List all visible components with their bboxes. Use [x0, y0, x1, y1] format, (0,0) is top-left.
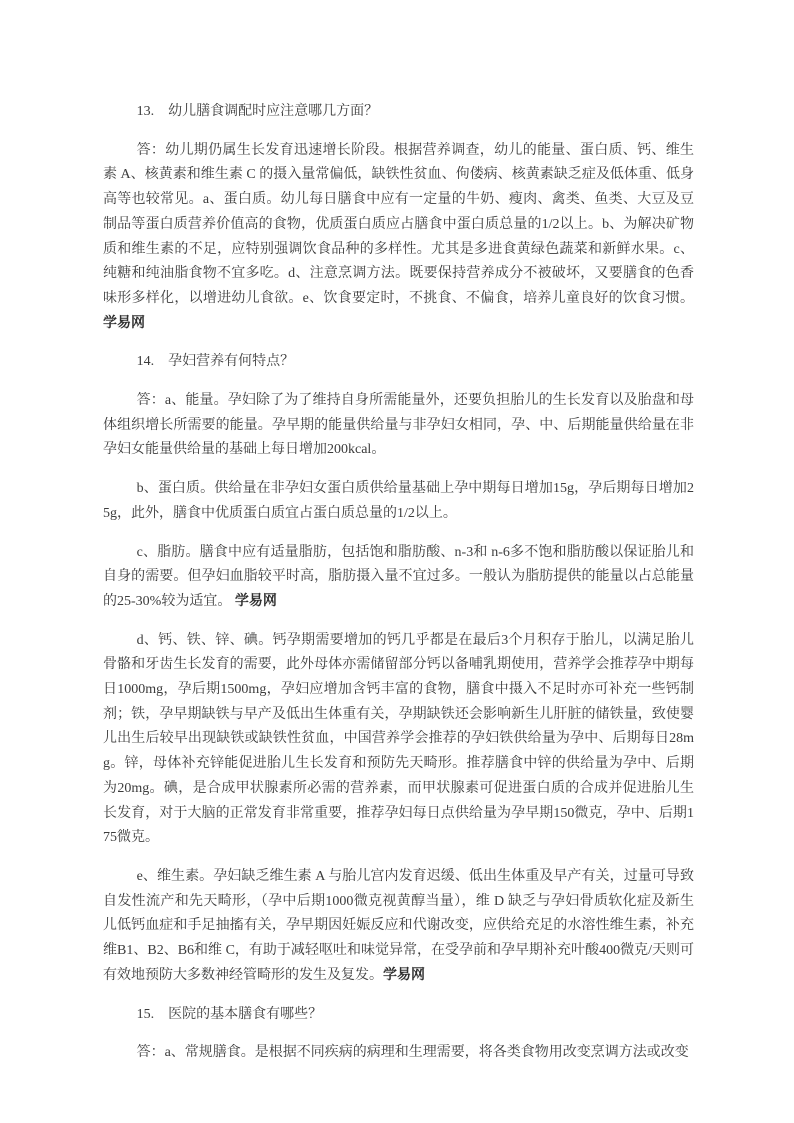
answer-14-protein: b、蛋白质。供给量在非孕妇女蛋白质供给量基础上孕中期每日增加15g，孕后期每日增…	[103, 477, 694, 526]
question-13-text: 13. 幼儿膳食调配时应注意哪几方面？	[137, 104, 379, 119]
answer-14-vitamins: e、维生素。孕妇缺乏维生素 A 与胎儿宫内发育迟缓、低出生体重及早产有关，过量可…	[103, 865, 694, 989]
question-14: 14. 孕妇营养有何特点？	[103, 350, 694, 375]
answer-14-vitamins-text: e、维生素。孕妇缺乏维生素 A 与胎儿宫内发育迟缓、低出生体重及早产有关，过量可…	[103, 869, 694, 983]
question-15-text: 15. 医院的基本膳食有哪些？	[137, 1007, 323, 1022]
watermark-xueyiwang: 学易网	[383, 968, 425, 983]
answer-14-minerals-text: d、钙、铁、锌、碘。钙孕期需要增加的钙几乎都是在最后3个月积存于胎儿，以满足胎儿…	[103, 633, 694, 846]
answer-14-protein-text: b、蛋白质。供给量在非孕妇女蛋白质供给量基础上孕中期每日增加15g，孕后期每日增…	[103, 481, 694, 521]
answer-14-energy: 答：a、能量。孕妇除了为了维持自身所需能量外，还要负担胎儿的生长发育以及胎盘和母…	[103, 389, 694, 463]
question-14-text: 14. 孕妇营养有何特点？	[137, 354, 295, 369]
answer-15-partial: 答：a、常规膳食。是根据不同疾病的病理和生理需要，将各类食物用改变烹调方法或改变	[103, 1041, 694, 1066]
answer-15-text: 答：a、常规膳食。是根据不同疾病的病理和生理需要，将各类食物用改变烹调方法或改变	[137, 1045, 689, 1060]
answer-13: 答：幼儿期仍属生长发育迅速增长阶段。根据营养调查，幼儿的能量、蛋白质、钙、维生素…	[103, 139, 694, 337]
answer-14-fat-text: c、脂肪。膳食中应有适量脂肪，包括饱和脂肪酸、n-3和 n-6多不饱和脂肪酸以保…	[103, 545, 694, 609]
answer-14-minerals: d、钙、铁、锌、碘。钙孕期需要增加的钙几乎都是在最后3个月积存于胎儿，以满足胎儿…	[103, 629, 694, 851]
answer-14-fat: c、脂肪。膳食中应有适量脂肪，包括饱和脂肪酸、n-3和 n-6多不饱和脂肪酸以保…	[103, 541, 694, 615]
document-page: 13. 幼儿膳食调配时应注意哪几方面？ 答：幼儿期仍属生长发育迅速增长阶段。根据…	[0, 0, 794, 1123]
answer-13-text: 答：幼儿期仍属生长发育迅速增长阶段。根据营养调查，幼儿的能量、蛋白质、钙、维生素…	[103, 143, 694, 306]
answer-14-energy-text: 答：a、能量。孕妇除了为了维持自身所需能量外，还要负担胎儿的生长发育以及胎盘和母…	[103, 393, 694, 457]
watermark-xueyiwang: 学易网	[103, 316, 145, 331]
document-text-block: 13. 幼儿膳食调配时应注意哪几方面？ 答：幼儿期仍属生长发育迅速增长阶段。根据…	[103, 100, 694, 1080]
question-13: 13. 幼儿膳食调配时应注意哪几方面？	[103, 100, 694, 125]
watermark-xueyiwang: 学易网	[235, 594, 277, 609]
question-15: 15. 医院的基本膳食有哪些？	[103, 1003, 694, 1028]
